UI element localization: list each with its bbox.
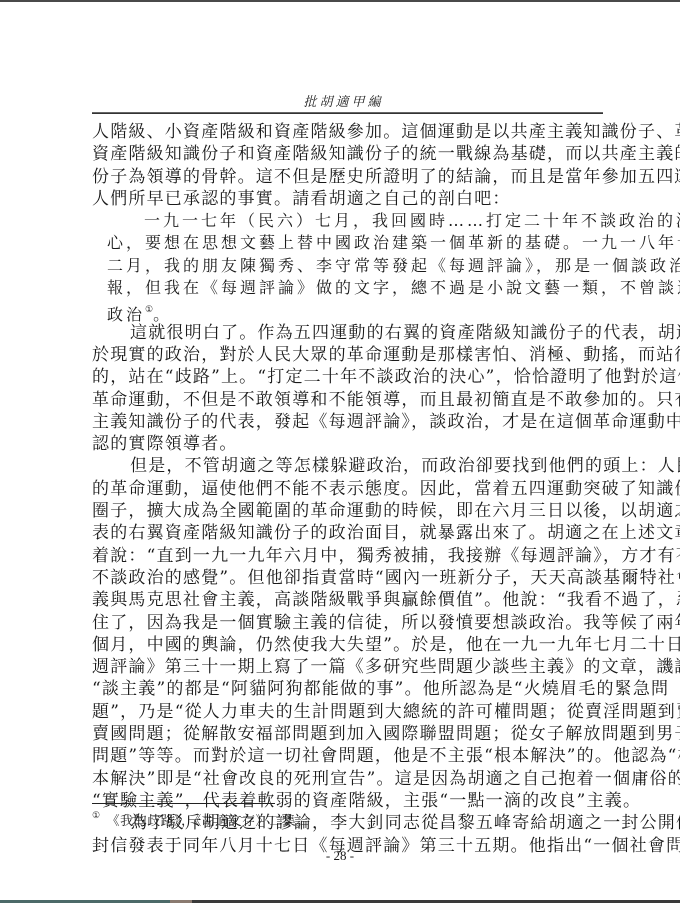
text-line: 人階級、小資產階級和資產階級參加。這個運動是以共產主義知識份子、革命小	[92, 121, 597, 143]
quote-line: 報，但我在《每週評論》做的文字，總不過是小說文藝一類，不曾談過	[92, 277, 583, 299]
paragraph-2: 這就很明白了。作為五四運動的右翼的資產階級知識份子的代表，胡適，對 於現實的政治…	[92, 322, 597, 456]
text-line: 革命運動，不但是不敢領導和不能領導，而且最初簡直是不敢參加的。只有共產	[92, 389, 597, 411]
text-line: 人們所早已承認的事實。請看胡適之自己的剖白吧：	[92, 188, 597, 210]
text-line: “實驗主義”，代表着軟弱的資產階級，主張“一點一滴的改良”主義。	[92, 790, 597, 812]
page-number: - 28 -	[0, 848, 680, 864]
text-line: 但是，不管胡適之等怎樣躲避政治，而政治卻要找到他們的頭上：人民大眾	[92, 455, 597, 477]
text-line: 資產階級知識份子和資產階級知識份子的統一戰線為基礎，而以共產主義的知識	[92, 143, 597, 165]
text-line: 週評論》第三十一期上寫了一篇《多研究些問題少談些主義》的文章，譏諷一切	[92, 656, 597, 678]
text-line: 認的實際領導者。	[92, 433, 597, 455]
text-line: 的革命運動，逼使他們不能不表示態度。因此，當着五四運動突破了知識份子的	[92, 478, 597, 500]
text-line: 圈子，擴大成為全國範圍的革命運動的時候，即在六月三日以後，以胡適之為代	[92, 500, 597, 522]
footnote-mark: ①	[92, 811, 101, 821]
paragraph-3: 但是，不管胡適之等怎樣躲避政治，而政治卻要找到他們的頭上：人民大眾 的革命運動，…	[92, 455, 597, 812]
text-line: 住了，因為我是一個實驗主義的信徒，所以發憤要想談政治。我等候了兩年零八	[92, 612, 597, 634]
footnote: ①《我的歧路》，《胡適文存》二集。	[92, 810, 310, 829]
block-quote: 一九一七年（民六）七月，我回國時……打定二十年不談政治的決 心，要想在思想文藝上…	[92, 210, 597, 321]
text-line: 題”，乃是“從人力車夫的生計問題到大總統的許可權問題；從賣淫問題到賣官	[92, 701, 597, 723]
text-line: 問題”等等。而對於這一切社會問題，他是不主張“根本解決”的。他認為“根	[92, 745, 597, 767]
footnote-rule	[92, 803, 275, 804]
quote-line-last: 政治①。	[92, 299, 583, 321]
text-line: “談主義”的都是“阿貓阿狗都能做的事”。他所認為是“火燒眉毛的緊急問	[92, 678, 597, 700]
text-line: 於現實的政治，對於人民大眾的革命運動是那樣害怕、消極、動搖，而站得遠遠	[92, 344, 597, 366]
running-head: 批胡適甲編	[92, 91, 595, 110]
text-line: 義與馬克思社會主義，高談階級戰爭與贏餘價值”。他說：“我看不過了，忍不	[92, 589, 597, 611]
text-line: 不談政治的感覺”。但他卻指責當時“國內一班新分子，天天高談基爾特社會主	[92, 567, 597, 589]
text-line: 本解決”即是“社會改良的死刑宣告”。這是因為胡適之自己抱着一個庸俗的	[92, 768, 597, 790]
footnote-text: 《我的歧路》，《胡適文存》二集。	[107, 814, 310, 829]
quote-line: 二月，我的朋友陳獨秀、李守常等發起《每週評論》，那是一個談政治的	[92, 255, 583, 277]
paragraph-1: 人階級、小資產階級和資產階級參加。這個運動是以共產主義知識份子、革命小 資產階級…	[92, 121, 597, 210]
text-line: 表的右翼資產階級知識份子的政治面目，就暴露出來了。胡適之在上述文章中接	[92, 522, 597, 544]
text-line: 個月，中國的輿論，仍然使我大失望”。於是，他在一九一九年七月二十日的《每	[92, 634, 597, 656]
text-line: 賣國問題；從解散安福部問題到加入國際聯盟問題；從女子解放問題到男子解放	[92, 723, 597, 745]
quote-line: 心，要想在思想文藝上替中國政治建築一個革新的基礎。一九一八年十	[92, 232, 583, 254]
body-text: 人階級、小資產階級和資產階級參加。這個運動是以共產主義知識份子、革命小 資產階級…	[92, 121, 597, 857]
text-line: 着說：“直到一九一九年六月中，獨秀被捕，我接辦《每週評論》，方才有不能	[92, 545, 597, 567]
quote-line: 一九一七年（民六）七月，我回國時……打定二十年不談政治的決	[92, 210, 583, 232]
text-line: 這就很明白了。作為五四運動的右翼的資產階級知識份子的代表，胡適，對	[92, 322, 597, 344]
window-top-border	[0, 0, 680, 2]
text-line: 主義知識份子的代表，發起《每週評論》，談政治，才是在這個革命運動中被公	[92, 411, 597, 433]
header-rule	[92, 112, 603, 114]
text-line: 的，站在“歧路”上。“打定二十年不談政治的決心”，恰恰證明了他對於這個	[92, 366, 597, 388]
text-line: 份子為領導的骨幹。這不但是歷史所證明了的結論，而且是當年參加五四運動的	[92, 166, 597, 188]
footnote-reference[interactable]: ①	[145, 305, 153, 315]
